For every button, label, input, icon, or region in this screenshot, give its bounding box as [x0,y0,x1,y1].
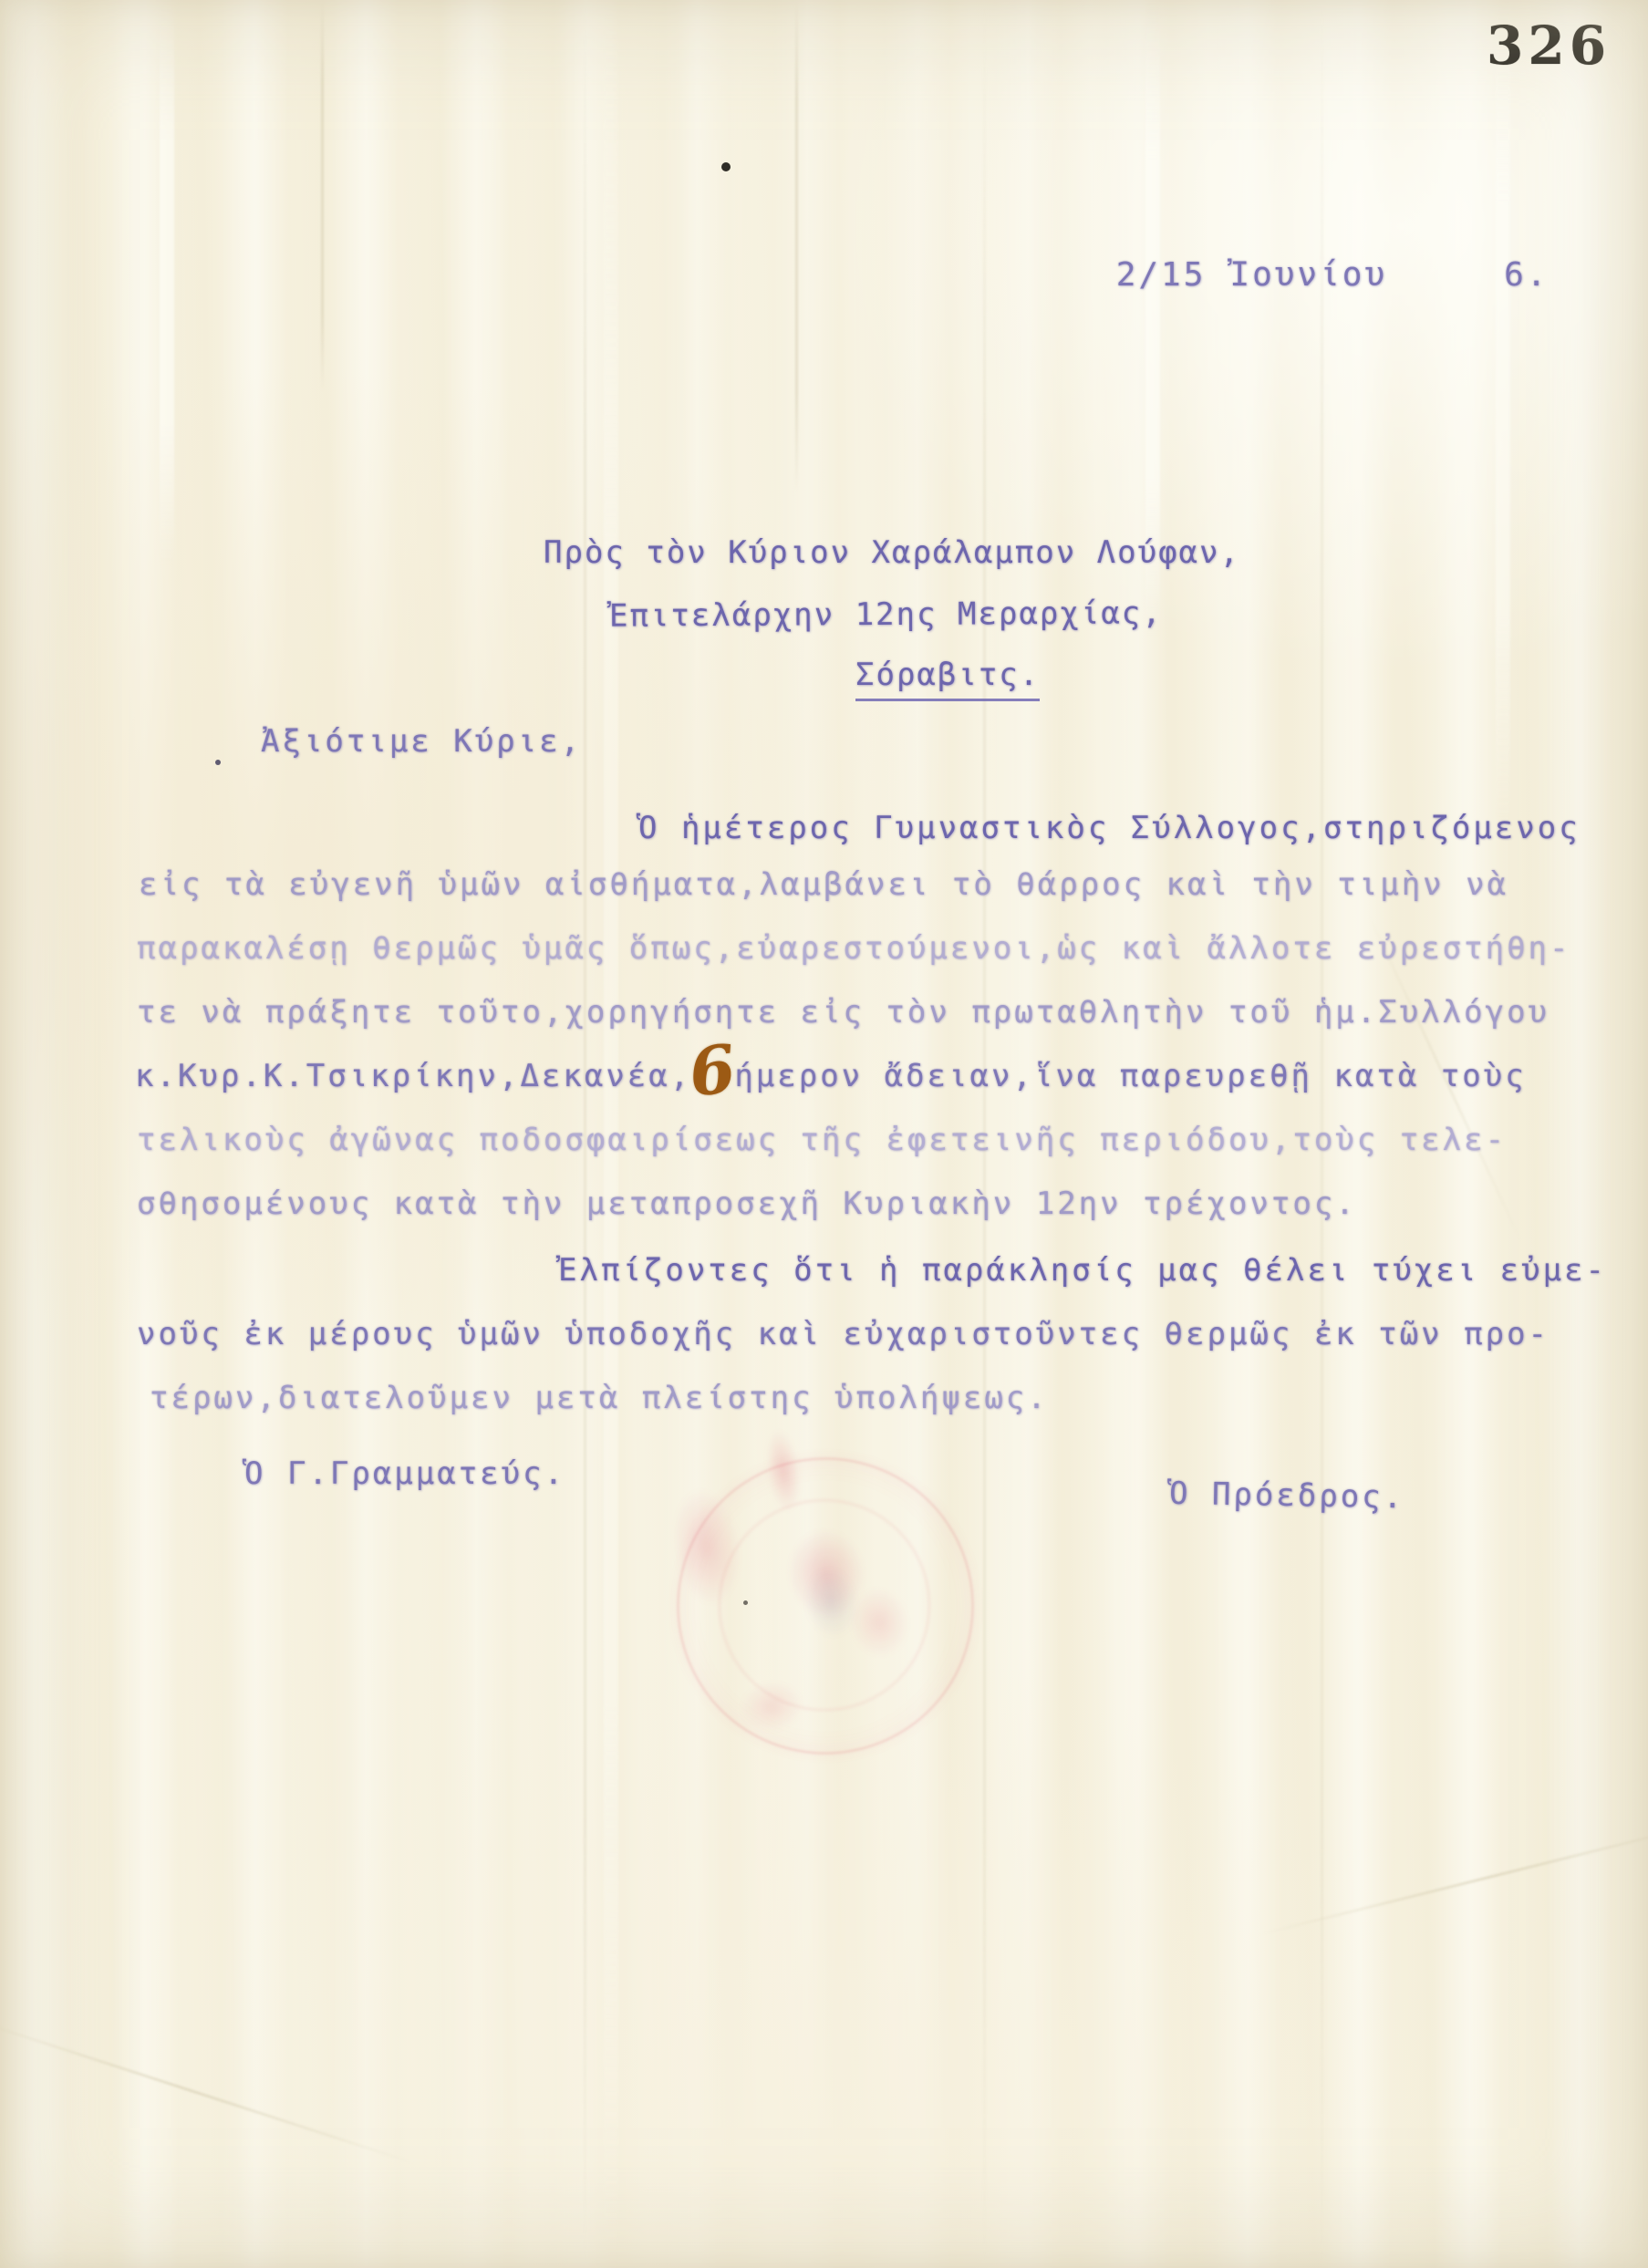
ink-speck [743,1600,748,1605]
closing-secretary: Ὁ Γ.Γραμματεύς. [244,1457,565,1491]
page-number: 326 [1487,15,1611,77]
body-line-10: τέρων,διατελοῦμεν μετὰ πλείστης ὑπολήψεω… [150,1382,1049,1415]
body-line-2: εἰς τὰ εὐγενῆ ὑμῶν αἰσθήματα,λαμβάνει τὸ… [139,868,1508,902]
recipient-line-1: Πρὸς τὸν Κύριον Χαράλαμπον Λούφαν, [544,536,1240,570]
body-line-7: σθησομένους κατὰ τὴν μεταπροσεχῆ Κυριακὴ… [137,1187,1357,1221]
body-line-3: παρακαλέσῃ θερμῶς ὑμᾶς ὅπως,εὐαρεστούμεν… [137,932,1570,966]
closing-president: Ὁ Πρόεδρος. [1169,1477,1405,1516]
stamp-inner-ring [705,1486,944,1724]
stamp-outer-ring [658,1438,993,1774]
handwritten-numeral-6: 6 [689,1068,738,1073]
paper-fold-line [1259,1818,1648,1936]
recipient-line-2: Ἐπιτελάρχην 12ης Μεραρχίας, [609,596,1163,634]
red-circular-ink-stamp [658,1438,993,1774]
stamp-smudge [845,1583,914,1662]
ink-speck [721,162,731,171]
body-line-9: νοῦς ἐκ μέρους ὑμῶν ὑποδοχῆς καὶ εὐχαρισ… [137,1318,1550,1351]
body-line-5-pre: κ.Κυρ.Κ.Τσικρίκην,Δεκανέα, [135,1058,691,1094]
body-line-6: τελικοὺς ἀγῶνας ποδοσφαιρίσεως τῆς ἐφετε… [137,1124,1507,1157]
stamp-smudge [762,1427,805,1515]
ink-speck [215,760,221,765]
paper-crease [321,0,324,392]
body-line-5-post: ήμερον ἄδειαν,ἵνα παρευρεθῇ κατὰ τοὺς [734,1058,1526,1094]
scanned-letter-page: 326 2/15Ἰουνίου6. Πρὸς τὸν Κύριον Χαράλα… [0,0,1648,2268]
date-day-month: 2/15 [1116,256,1207,294]
date-month: Ἰουνίου [1229,256,1387,294]
stamp-smudge [736,1677,806,1736]
paper-highlight-streak [160,0,174,565]
body-line-8: Ἐλπίζοντες ὅτι ἡ παράκλησίς μας θέλει τύ… [558,1254,1607,1288]
salutation: Ἀξιότιμε Κύριε, [261,725,582,759]
paper-highlight-streak [1496,0,1510,821]
paper-fold-line [0,2015,415,2165]
stamp-smudge [799,1562,864,1642]
body-line-1: Ὁ ἡμέτερος Γυμναστικὸς Σύλλογος,στηριζόμ… [638,812,1581,845]
stamp-smudge [665,1484,748,1610]
body-line-5: κ.Κυρ.Κ.Τσικρίκην,Δεκανέα,6ήμερον ἄδειαν… [135,1060,1527,1093]
date-line: 2/15Ἰουνίου6. [1026,221,1549,329]
body-line-4: τε νὰ πράξητε τοῦτο,χορηγήσητε εἰς τὸν π… [137,996,1550,1030]
stamp-smudge [782,1523,872,1624]
paper-crease [795,0,798,492]
date-year-digit: 6. [1504,256,1549,294]
recipient-place: Σόραβιτς. [855,658,1040,701]
